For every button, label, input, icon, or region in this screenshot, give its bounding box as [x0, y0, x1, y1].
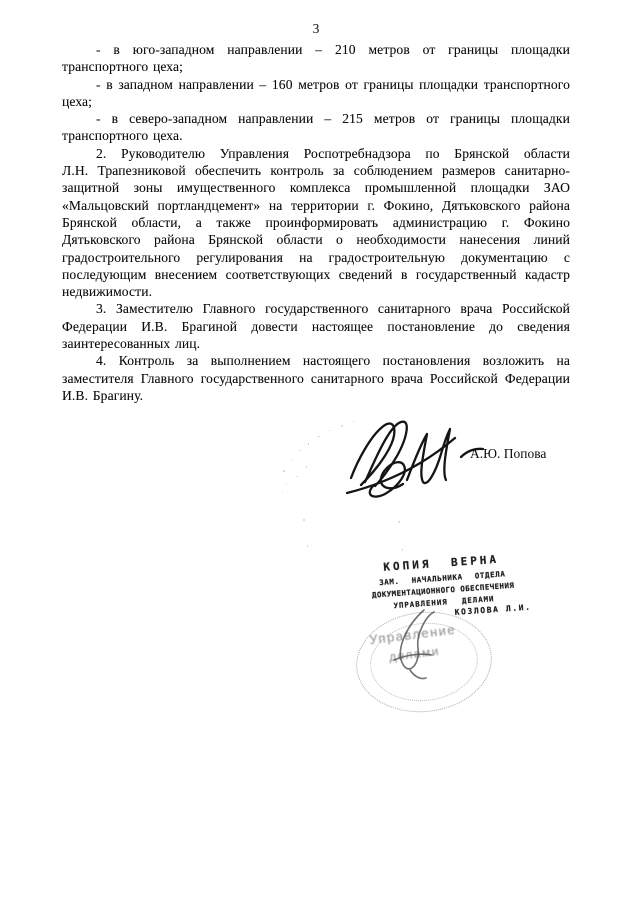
scan-noise-dot: [303, 519, 305, 521]
document-body: - в юго-западном направлении – 210 метро…: [62, 41, 570, 404]
document-page: 3 - в юго-западном направлении – 210 мет…: [0, 0, 640, 905]
scan-noise-dot: [283, 470, 285, 472]
scan-noise-dot: [299, 450, 301, 451]
scan-noise-dot: [398, 521, 400, 523]
paragraph-item-4: 4. Контроль за выполнением настоящего по…: [62, 352, 570, 404]
scan-noise-dot: [306, 466, 307, 468]
seal-initial-scribble: [384, 608, 444, 684]
scan-noise-dot: [291, 460, 292, 461]
paragraph-item-2: 2. Руководителю Управления Роспотребнадз…: [62, 145, 570, 301]
paragraph-direction-southwest: - в юго-западном направлении – 210 метро…: [62, 41, 570, 76]
paragraph-item-3: 3. Заместителю Главного государственного…: [62, 300, 570, 352]
scan-noise-dot: [282, 492, 283, 493]
paragraph-direction-northwest: - в северо-западном направлении – 215 ме…: [62, 110, 570, 145]
signatory-name: А.Ю. Попова: [470, 446, 546, 462]
scan-noise-dot: [308, 443, 309, 445]
scan-noise-dot: [307, 545, 308, 547]
paragraph-direction-west: - в западном направлении – 160 метров от…: [62, 76, 570, 111]
scan-noise-dot: [402, 549, 403, 551]
scan-noise-dot: [329, 430, 330, 431]
scan-noise-dot: [286, 484, 287, 485]
scan-noise-dot: [296, 476, 298, 477]
page-number: 3: [62, 21, 570, 37]
official-seal: Управление делами: [356, 612, 492, 712]
scan-noise-dot: [318, 436, 320, 437]
signature-scribble: [343, 416, 489, 502]
